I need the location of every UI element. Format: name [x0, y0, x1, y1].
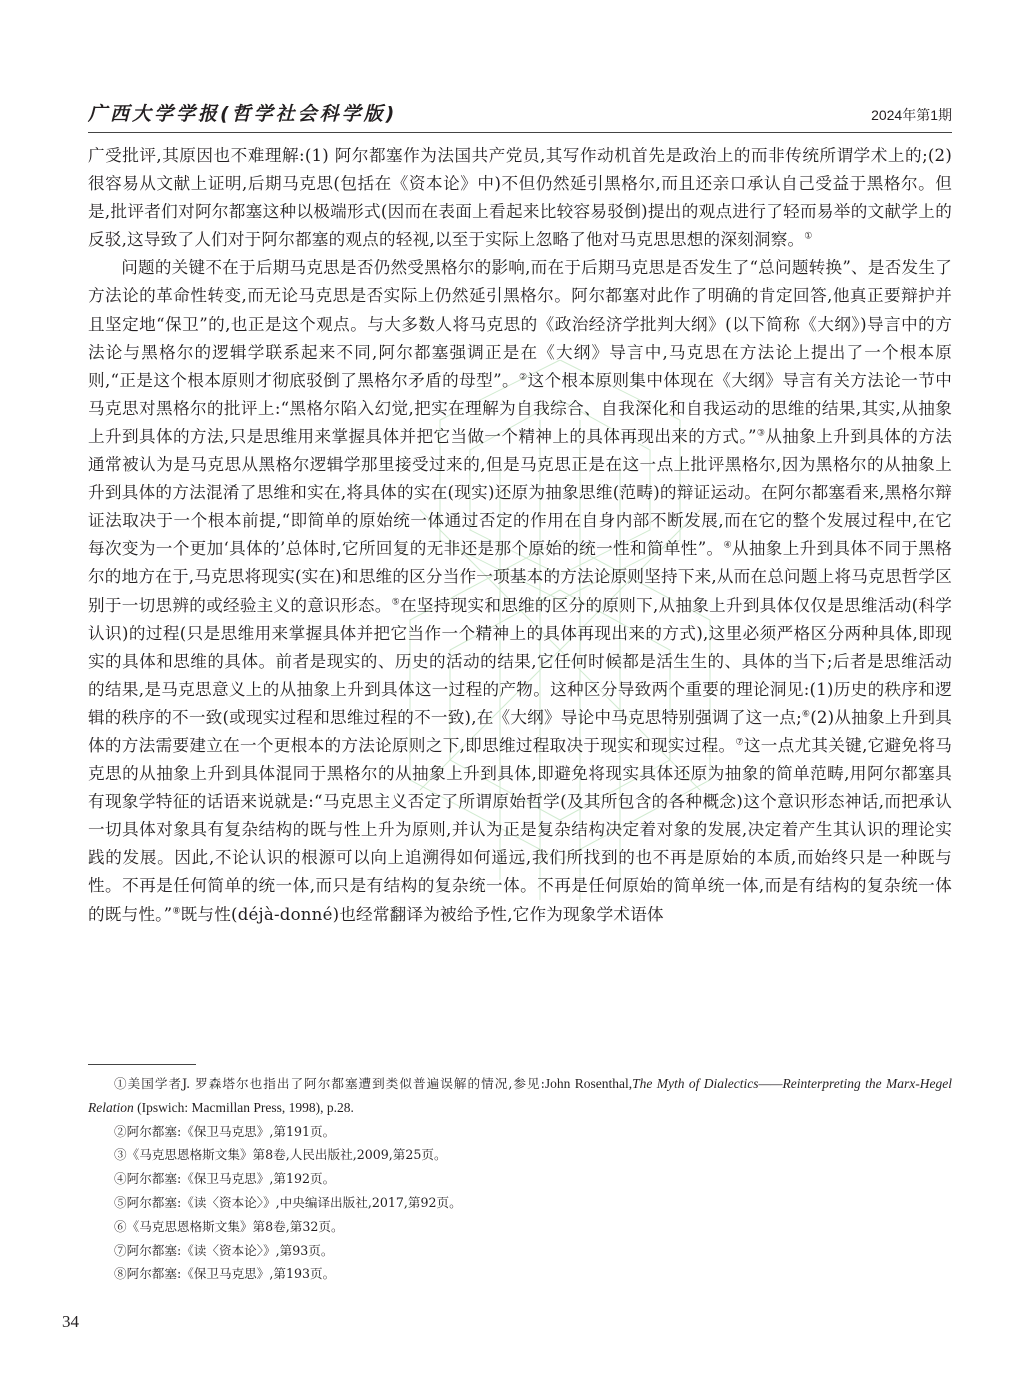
- footnote-4: ④阿尔都塞:《保卫马克思》,第192页。: [88, 1167, 952, 1191]
- footnote-text: 阿尔都塞:《保卫马克思》,第193页。: [127, 1266, 336, 1281]
- paragraph-text: 既与性(déjà-donné)也经常翻译为被给予性,它作为现象学术语体: [181, 905, 664, 924]
- footnote-marker: ②: [114, 1124, 127, 1139]
- footnote-ref-4[interactable]: ④: [724, 541, 732, 551]
- footnote-8: ⑧阿尔都塞:《保卫马克思》,第193页。: [88, 1262, 952, 1286]
- footnote-marker: ⑦: [114, 1243, 127, 1258]
- footnote-ref-5[interactable]: ⑤: [392, 597, 400, 607]
- footnote-text: 美国学者J. 罗森塔尔也指出了阿尔都塞遭到类似普遍误解的情况,参见:: [128, 1076, 545, 1091]
- footnote-marker: ③: [114, 1147, 127, 1162]
- footnote-text: 阿尔都塞:《保卫马克思》,第192页。: [127, 1171, 336, 1186]
- footnote-author: John Rosenthal,: [545, 1076, 632, 1091]
- footnote-marker: ④: [114, 1171, 127, 1186]
- footnote-marker: ⑧: [114, 1266, 127, 1281]
- footnote-text: 阿尔都塞:《读〈资本论〉》,第93页。: [127, 1243, 334, 1258]
- footnote-5: ⑤阿尔都塞:《读〈资本论〉》,中央编译出版社,2017,第92页。: [88, 1191, 952, 1215]
- footnote-publication: (Ipswich: Macmillan Press, 1998), p.28.: [134, 1100, 354, 1115]
- footnote-text: 《马克思恩格斯文集》第8卷,人民出版社,2009,第25页。: [127, 1147, 447, 1162]
- footnote-text: 阿尔都塞:《保卫马克思》,第191页。: [127, 1124, 336, 1139]
- footnote-2: ②阿尔都塞:《保卫马克思》,第191页。: [88, 1120, 952, 1144]
- footnote-text: 阿尔都塞:《读〈资本论〉》,中央编译出版社,2017,第92页。: [127, 1195, 462, 1210]
- paragraph-text: 这一点尤其关键,它避免将马克思的从抽象上升到具体混同于黑格尔的从抽象上升到具体,…: [88, 736, 952, 924]
- footnote-ref-1[interactable]: ①: [804, 232, 812, 242]
- page-number: 34: [62, 1310, 79, 1334]
- footnote-3: ③《马克思恩格斯文集》第8卷,人民出版社,2009,第25页。: [88, 1143, 952, 1167]
- footnotes: ①美国学者J. 罗森塔尔也指出了阿尔都塞遭到类似普遍误解的情况,参见:John …: [88, 1072, 952, 1286]
- footnote-ref-8[interactable]: ⑧: [172, 906, 180, 916]
- paragraph-text: 广受批评,其原因也不难理解:(1) 阿尔都塞作为法国共产党员,其写作动机首先是政…: [88, 146, 952, 249]
- footnote-marker: ⑥: [114, 1219, 127, 1234]
- footnote-1: ①美国学者J. 罗森塔尔也指出了阿尔都塞遭到类似普遍误解的情况,参见:John …: [88, 1072, 952, 1120]
- article-body: 广受批评,其原因也不难理解:(1) 阿尔都塞作为法国共产党员,其写作动机首先是政…: [88, 142, 952, 929]
- issue-label: 2024年第1期: [871, 104, 952, 126]
- running-header: 广西大学学报(哲学社会科学版) 2024年第1期: [88, 100, 952, 133]
- journal-page: 广西大学学报(哲学社会科学版) 2024年第1期 广受批评,其原因也不难理解:(…: [0, 0, 1024, 1398]
- footnote-6: ⑥《马克思恩格斯文集》第8卷,第32页。: [88, 1215, 952, 1239]
- footnote-ref-7[interactable]: ⑦: [735, 737, 743, 747]
- footnote-7: ⑦阿尔都塞:《读〈资本论〉》,第93页。: [88, 1239, 952, 1263]
- footnote-marker: ⑤: [114, 1195, 127, 1210]
- footnote-text: 《马克思恩格斯文集》第8卷,第32页。: [127, 1219, 344, 1234]
- footnote-marker: ①: [114, 1076, 128, 1091]
- footnote-separator: [88, 1064, 196, 1065]
- paragraph: 问题的关键不在于后期马克思是否仍然受黑格尔的影响,而在于后期马克思是否发生了“总…: [88, 254, 952, 928]
- journal-title: 广西大学学报(哲学社会科学版): [88, 100, 397, 128]
- paragraph: 广受批评,其原因也不难理解:(1) 阿尔都塞作为法国共产党员,其写作动机首先是政…: [88, 142, 952, 254]
- footnote-ref-6[interactable]: ⑥: [802, 709, 810, 719]
- footnote-ref-3[interactable]: ③: [757, 428, 766, 438]
